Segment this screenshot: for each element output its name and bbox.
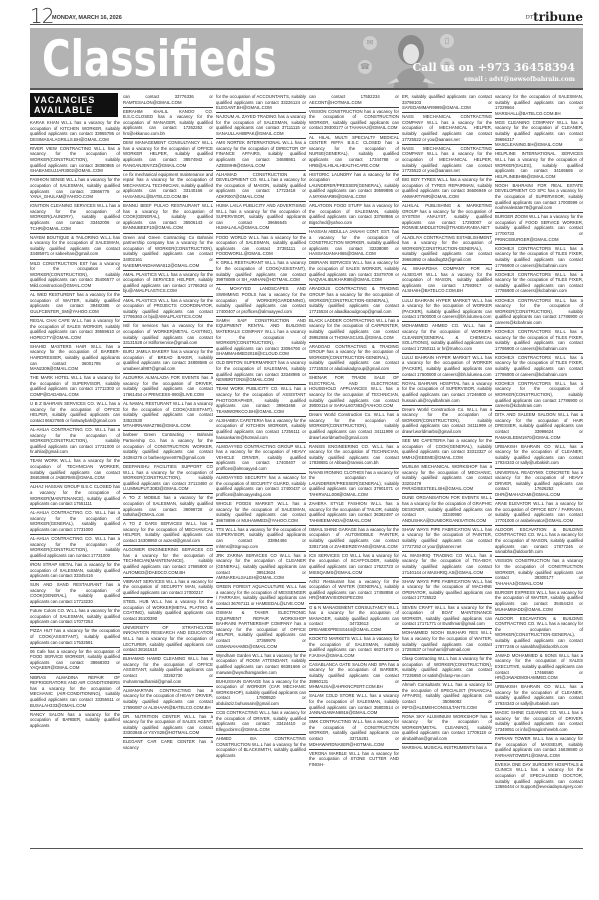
classified-ad: SEVEN CRAFT W.L.L has a vacancy for the … [402,603,492,629]
classified-ad: HASSAN ABDULLA JANAHI CONT. EST. has a v… [309,227,399,258]
classified-ad: ICS SERVICES CO W.L.L has a vacancy for … [309,551,399,577]
classified-ad: VERONA MARBLE W.L.L has a vacancy for th… [309,749,399,769]
classified-ad: ALHILAL PUBLISHING & MARKETING GROUP has… [402,201,492,232]
classified-ad: OLD BRITON SUPERMARKET has a vacancy for… [216,358,306,384]
classified-ad: SALAM COLD STORE W.L.L has a vacancy for… [309,691,399,717]
call-number: Call us on +973 36458394 [413,61,576,74]
classified-ad: VIBRANT SERVICES W.L.L has a vacancy for… [123,577,213,597]
classified-ad: BIG BOY TYRES W.L.L has a vacancy for th… [402,175,492,201]
classified-ad: 06 Cafe has a vacancy for the occupation… [30,647,120,673]
ads-column-1: KARAK KHAN W.L.L has a vacancy for the o… [30,119,120,845]
classified-ad: SUN AND SAND RESTAURANT has a vacancy fo… [30,580,120,606]
classified-ad: barbeer Green Contracting - Bahraini Par… [123,430,213,461]
classified-ad: Wyndham Garden W.L.L has a vacancy for t… [216,651,306,677]
contact-email: email : advt@newsofbahrain.com [464,76,575,83]
classified-ad: A TO Z GARS SERVICES W.L.L has a vacancy… [123,519,213,545]
page-header: 12 MONDAY, MARCH 16, 2026 DTtribune [30,6,583,25]
classified-ad: RANCY SALON has a vacancy for the occupa… [30,710,120,730]
vacancies-label: VACANCIES AVAILABLE [30,93,118,117]
classified-ad: BURJ JAMILA BAKERY has a vacancy for the… [123,347,213,373]
classified-ad: KOOHEJI CONTRACTORS W.L.L has a vacancy … [495,244,583,270]
classifieds-page: 12 MONDAY, MARCH 16, 2026 DTtribune Clas… [30,0,583,893]
classified-ad: URBAKISH BAHRAIN CO W.L.L has a vacancy … [495,442,583,468]
classified-ad: DITA AND SALEEM SALOON W.L.L has a vacan… [495,410,583,441]
classified-ad: Achiz Restaurant has a vacancy for the o… [309,577,399,603]
classified-ad: TEAM WORK PUBLICITY CO. W.L.L has a vaca… [216,384,306,415]
classified-ad: CCB CONTRACTING W.L.L has a vacancy for … [216,708,306,734]
classified-ad: ALMOAYYED SECURITY has a vacancy for the… [216,473,306,499]
classified-ad: Dream World Construction Co. W.L.L has a… [309,410,399,441]
classified-ad: Green and Green Contracting Co Bahraini … [123,233,213,270]
classified-ad: HELPLINE INTERNATIONAL SERVICES W.L.L ha… [495,149,583,180]
classified-ad: ALDOOR ESCAVATION & BUILDING CONTRACTING… [495,525,583,556]
classified-ad: Ahmeh Consultants W.L.L has a vacancy fo… [402,680,492,711]
classified-ad: SMK CONTRACTING W.L.L has a vacancy for … [309,717,399,748]
classified-ad: AL MASHRIQ TRADING CO W.L.L has a vacanc… [402,551,492,577]
classified-ad: Dream World Construction Co. W.L.L has a… [402,405,492,436]
classified-ad: LULU BAHRAIN HYPER MARKET W.L.L has a va… [402,296,492,322]
classified-ad: NOOH BAHRAINI FOR REAL ESTATE DEVELOPMEN… [495,181,583,212]
classified-ad: KOOHEJI CONTRACTORS W.L.L has a vacancy … [495,353,583,379]
mail-icon: ✉ [363,36,377,50]
classified-ad: NASS MECHANICAL CONTRACTING COMPANY W.L.… [402,112,492,143]
classified-ad: AMAL PLASTICS W.L.L has a vacancy for th… [123,296,213,322]
classified-ad: HISTORIC LAUNDRY has a vacancy for the o… [309,170,399,201]
logo-prefix: DT [526,15,533,21]
classified-ad: AL NAMAL RESTURANT W.L.L has a vacancy f… [123,399,213,430]
classified-ad: KOOHEJI CONTRACTORS W.L.L has a vacancy … [495,296,583,327]
classified-ad: Istil for services has a vacancy for the… [123,321,213,347]
ads-column-3: for the occupation of ACCOUNTANTS, suita… [216,93,306,845]
classified-ad: AHMED ISA CONTRACTING CONSTRUCTION W.L.L… [216,734,306,760]
mobile-icon: ▯ [440,34,454,48]
classified-ad: RANSIS ENGINEERING CO. W.L.L has a vacan… [309,442,399,468]
logo-text: tribune [533,10,583,24]
classified-ad: FARHAN TOWER W.L.L has a vacancy for the… [495,734,583,760]
classified-ad: KARAK KHAN W.L.L has a vacancy for the o… [30,119,120,144]
classified-ad: ALHAMAD CONSTRUCTION & DEVELOPMENT CO. W… [216,170,306,201]
classified-ad: NAVAB IRONING CLOTHES has a vacancy for … [309,468,399,499]
classified-ad: NIBRAS ALMADINA REPAIR OF REFRIGERATORS … [30,673,120,710]
classified-ad: MILD CONSTRUCTION EST has a vacancy for … [30,259,120,290]
newspaper-logo: DTtribune [526,10,583,24]
classified-ad: BUHUSSAIN GARAGE has a vacancy for the o… [216,677,306,708]
classified-ad: r.e fix mechanical equipment maintenance… [123,170,213,201]
vacancies-label-line1: VACANCIES [34,95,114,105]
classified-ad: JAWAD MOHAMMED & SONS W.L.L has a vacanc… [495,651,583,682]
classified-ad: ALGOWER ENGINEERING SERVICES CO has a va… [123,545,213,576]
ads-column-2: can contact 33776336 or RAMTESALON@GMAIL… [123,93,213,845]
page-bottom-rule [30,848,583,849]
classified-ad: ARADOAD CONTRACTING & TRADING GROUP has … [309,342,399,373]
classified-ad: ROYAL BAHRAIN HOSPITAL has a vacancy for… [402,379,492,405]
classified-ad: ARLATOON FOOD STUFF has a vacancy for th… [309,201,399,227]
classified-ad: MOHAMMED NOOH BUKHARI RES W.L.L has a va… [402,628,492,654]
classified-ad: ELEGANT CAR CARE CENTER has a vacancy [123,737,213,752]
ads-column-6: vacancy for the occupation of SALESMAN, … [495,93,583,845]
classified-ad: ALDOOR ESCAVATION & BUILDING CONTRACTING… [495,614,583,651]
classified-ad: EBRAHIM KHALIL KANOO CO. B.S.C.CLOSED ha… [123,107,213,138]
classified-ad: ARADOUS CONTRACTING & TRADING GROUP has … [309,284,399,315]
classified-ad: NASS MECHANICAL CONTRACTING COMPANY W.L.… [402,144,492,175]
classified-ad: VISSION CONSTRUCTION has a vacancy for t… [309,107,399,133]
issue-date: MONDAY, MARCH 16, 2026 [52,15,122,21]
classified-ad: MAGIC SHINE CLEANING CO. W.L.L has a vac… [495,708,583,734]
classified-ad: GREEN FOREST AQUACULTURE W.L.L has a vac… [216,582,306,608]
classified-ad: DIBRAAN SERVICES W.L.L has a vacancy for… [309,258,399,284]
classified-ad: can contact 17552234 or AECONT@HOTMAIL.C… [309,93,399,107]
classified-ad: SEE ME CAFETERIA has a vacancy for the o… [402,436,492,462]
classified-ad: ALDURRA ALMALAZIA FOR EVENTS has a vacan… [123,373,213,399]
classified-ad: TEAM WORK W.L.L has a vacancy for the oc… [30,456,120,482]
section-title: Classifieds [42,30,277,88]
classified-ad: AMX NORTEK INTERNATIONAL W.L.L has a vac… [216,138,306,169]
classified-ad: SHAW WAYS PIPE FABRICATION W.L.L has a v… [402,577,492,603]
classified-ad: ZAHERA STYLE FASHION W.L.L has a vacancy… [309,499,399,525]
classified-ad: REGAL CHAI CAFE W.L.L has a vacancy for … [30,316,120,342]
classified-ad: DR. NUTRITION CENTER W.L.L has a vacancy… [123,712,213,738]
classified-ad: NAJOUM AL ZAYED TRADING has a vacancy fo… [216,112,306,138]
classified-ad: BUHAMAD HAMID CLEANING W.L.L has a vacan… [123,654,213,685]
classified-ad: MGS CLEANING COMPANY W.L.L has a vacancy… [495,118,583,149]
classified-ad: ALADLIYA CONTRACTING ESTABLISHMENT has a… [402,233,492,264]
classified-ad: ISMAIL SHINE GARAGE has a vacancy for th… [309,525,399,551]
classified-ad: AL-AHLIA CONTRACTING CO. W.L.L has a vac… [30,508,120,534]
banner-divider [30,88,583,90]
classified-ad: FASHION SENSE W.L.L has a vacancy for th… [30,175,120,201]
classified-ad: for the occupation of ACCOUNTANTS, suita… [216,93,306,112]
classified-ad: BLACK LADDER CONTRACTING W.L.L has a vac… [309,316,399,342]
classifieds-banner: Classifieds ✉ ☎ ▯ ⊕ Call us on +973 3645… [30,28,583,88]
classified-ad: AL MAHAFDHA COMPANY FOR ALI ALSEGAR W.L.… [402,264,492,295]
phone-icon: ☎ [358,60,372,74]
classified-ad: RONA SKY ALUMINIUM WORKSHOP has a vacanc… [402,712,492,743]
classified-ad: Future Colors CO. W.L.L has a vacancy fo… [30,606,120,626]
page-number: 12 [30,4,53,28]
classified-ad: AL-AHLIA CONTRACTING CO. W.L.L has a vac… [30,534,120,560]
classified-ad: VISSION CONSTRUCTION has a vacancy for t… [495,556,583,587]
classified-ad: WHOLE FOODS MARKET W.L.L has a vacancy f… [216,499,306,525]
classified-ad: U B Z BAHRAIN SERVICES CO. W.L.L has a v… [30,399,120,425]
classified-ad: ARAB ELEVATOR W.L.L has a vacancy for th… [495,499,583,525]
classified-ad: RIVER VIEW CONTRACTING W.L.L has a vacan… [30,144,120,175]
classified-ad: LULU BAHRAIN HYPER MARKET W.L.L has a va… [402,353,492,379]
classified-ad: TTS W.L.L has a vacancy for the occupati… [216,525,306,551]
classified-ad: SHAHID MASTERS HAIR W.L.L has a vacancy … [30,342,120,373]
ads-column-4: can contact 17552234 or AECONT@HOTMAIL.C… [309,93,399,845]
classified-ad: Clasp Contracting W.L.L has a vacancy fo… [402,654,492,680]
classified-ad: KOOHEJI CONTRACTORS W.L.L has a vacancy … [495,270,583,296]
classified-ad: KOOHEJI CONTRACTORS W.L.L has a vacancy … [495,379,583,410]
classified-ad: JRK ZARINA SERVICES CO W.L.L has a vacan… [216,551,306,582]
classified-ad: MOHAMMED AHMED CO. W.L.L has a vacancy f… [402,321,492,352]
classified-ad: CASABLANCA GATE SALON AND SPA has a vaca… [309,660,399,691]
classified-ad: BANNU BEEF PULAO RESTAURANT W.L.L has a … [123,201,213,232]
classified-ad: EVEXIA ONE DAY SURGERY HOSPITALS & CLINI… [495,760,583,791]
classified-ad: ALMOAYYED CONTRACTING GROUP W.L.L has a … [216,442,306,473]
classified-ad: AL HILAL MULTI SPECIALTY MEDICAL CENTER … [309,133,399,170]
vacancies-label-line2: AVAILABLE [34,105,114,115]
classified-ad: ALHAJ HASSAN GROUP B.S.C CLOSED has a va… [30,482,120,508]
classified-ad: DEW MANAGEMENT CONSULTANCY W.L.L has a v… [123,138,213,169]
classified-ad: FOOD WORLD W.L.L has a vacancy for the o… [216,233,306,259]
classified-ad: ALMANARTAIN CONTRACTING has a vacancy fo… [123,686,213,712]
classified-ad: BURGER EXPRESS W.L.L has a vacancy for t… [495,588,583,614]
classified-ad: SAMIH SAIF CONSTRUCTION AND EQUIPMENT RE… [216,316,306,359]
classified-ad: AL MOAYYED LANDSCAPES AND SWIMMING POOLS… [216,284,306,315]
operator-illustration [385,32,437,88]
classified-ad: PIZZA HUT has a vacancy for the occupati… [30,626,120,646]
classified-ad: DEEPANSHU FACILITIES SUPPORT CO W.L.L ha… [123,462,213,493]
classified-ad: SHAW WAYS PIPE FABRICATION W.L.L has a v… [402,525,492,551]
classified-ad: can contact 33776336 or RAMTESALON@GMAIL… [123,93,213,107]
classified-ad: ALSHABEA CAFETERIA has a vacancy for the… [216,416,306,442]
classified-ad: MARSHAL MUSICAL INSTRUMENTS has a [402,743,492,752]
classified-ad: MUSLIM MECHANICAL WORKSHOP has a vacancy… [402,462,492,493]
classified-ad: IRON STRAP METAL has a vacancy for the o… [30,560,120,580]
classified-ad: UNIVERSAL READYMIX CONCRETE has a vacanc… [495,468,583,499]
classified-ad: STEEL HUB W.L.L has a vacancy for the oc… [123,597,213,623]
classified-ad: AMAL PLASTICS W.L.L has a vacancy for th… [123,270,213,296]
classified-ad: SHENAR FOR TRADE SALE OF ELECTRICAL AND … [309,373,399,410]
classified-ad: A TO Z MOBILE has a vacancy for the occu… [123,493,213,519]
classified-ad: vacancy for the occupation of SALESMAN, … [495,93,583,118]
classified-ad: BURGER ZOOM W.L.L has a vacancy for the … [495,212,583,243]
ads-column-5: ER, suitably qualified applicants can co… [402,93,492,845]
classified-ad: DUNE ORGANISATION FOR EVENTS W.L.L has a… [402,493,492,524]
classified-ad: IGNITION CLEANING SERVICES W.L.L has a v… [30,201,120,232]
classified-ad: AL-AHLIA CONTRACTING CO. W.L.L has a vac… [30,425,120,456]
classified-ad: NAYEM BOUTIQUE & TAILORING W.L.L has a v… [30,233,120,259]
classified-ad: K GRILL RESTAURANT W.L.L has a vacancy f… [216,258,306,284]
classified-ad: HUMA LAILA PUBLICITY AND ADVERTISING W.L… [216,201,306,232]
classified-ad: AL WED RESTURENT has a vacancy for the o… [30,290,120,316]
classified-ad: URBAKISH BAHRAIN CO W.L.L has a vacancy … [495,682,583,708]
ads-columns: KARAK KHAN W.L.L has a vacancy for the o… [30,93,583,845]
classified-ad: KOOKTO MARKETS W.L.L has a vacancy for t… [309,634,399,660]
classified-ad: KOOHEJI CONTRACTORS W.L.L has a vacancy … [495,327,583,353]
classified-ad: OSMAN & TAHER ELECTRONIC EQUIPMENT REPAI… [216,608,306,651]
classified-ad: UNIVERSITY OF STRATHCLYDE INNOVATION RES… [123,623,213,654]
classified-ad: THE MARK HOTEL W.L.L has a vacancy for t… [30,373,120,399]
classified-ad: G & N MANAGEMENT CONSULTANCY W.L.L has a… [309,603,399,634]
classified-ad: ER, suitably qualified applicants can co… [402,93,492,112]
